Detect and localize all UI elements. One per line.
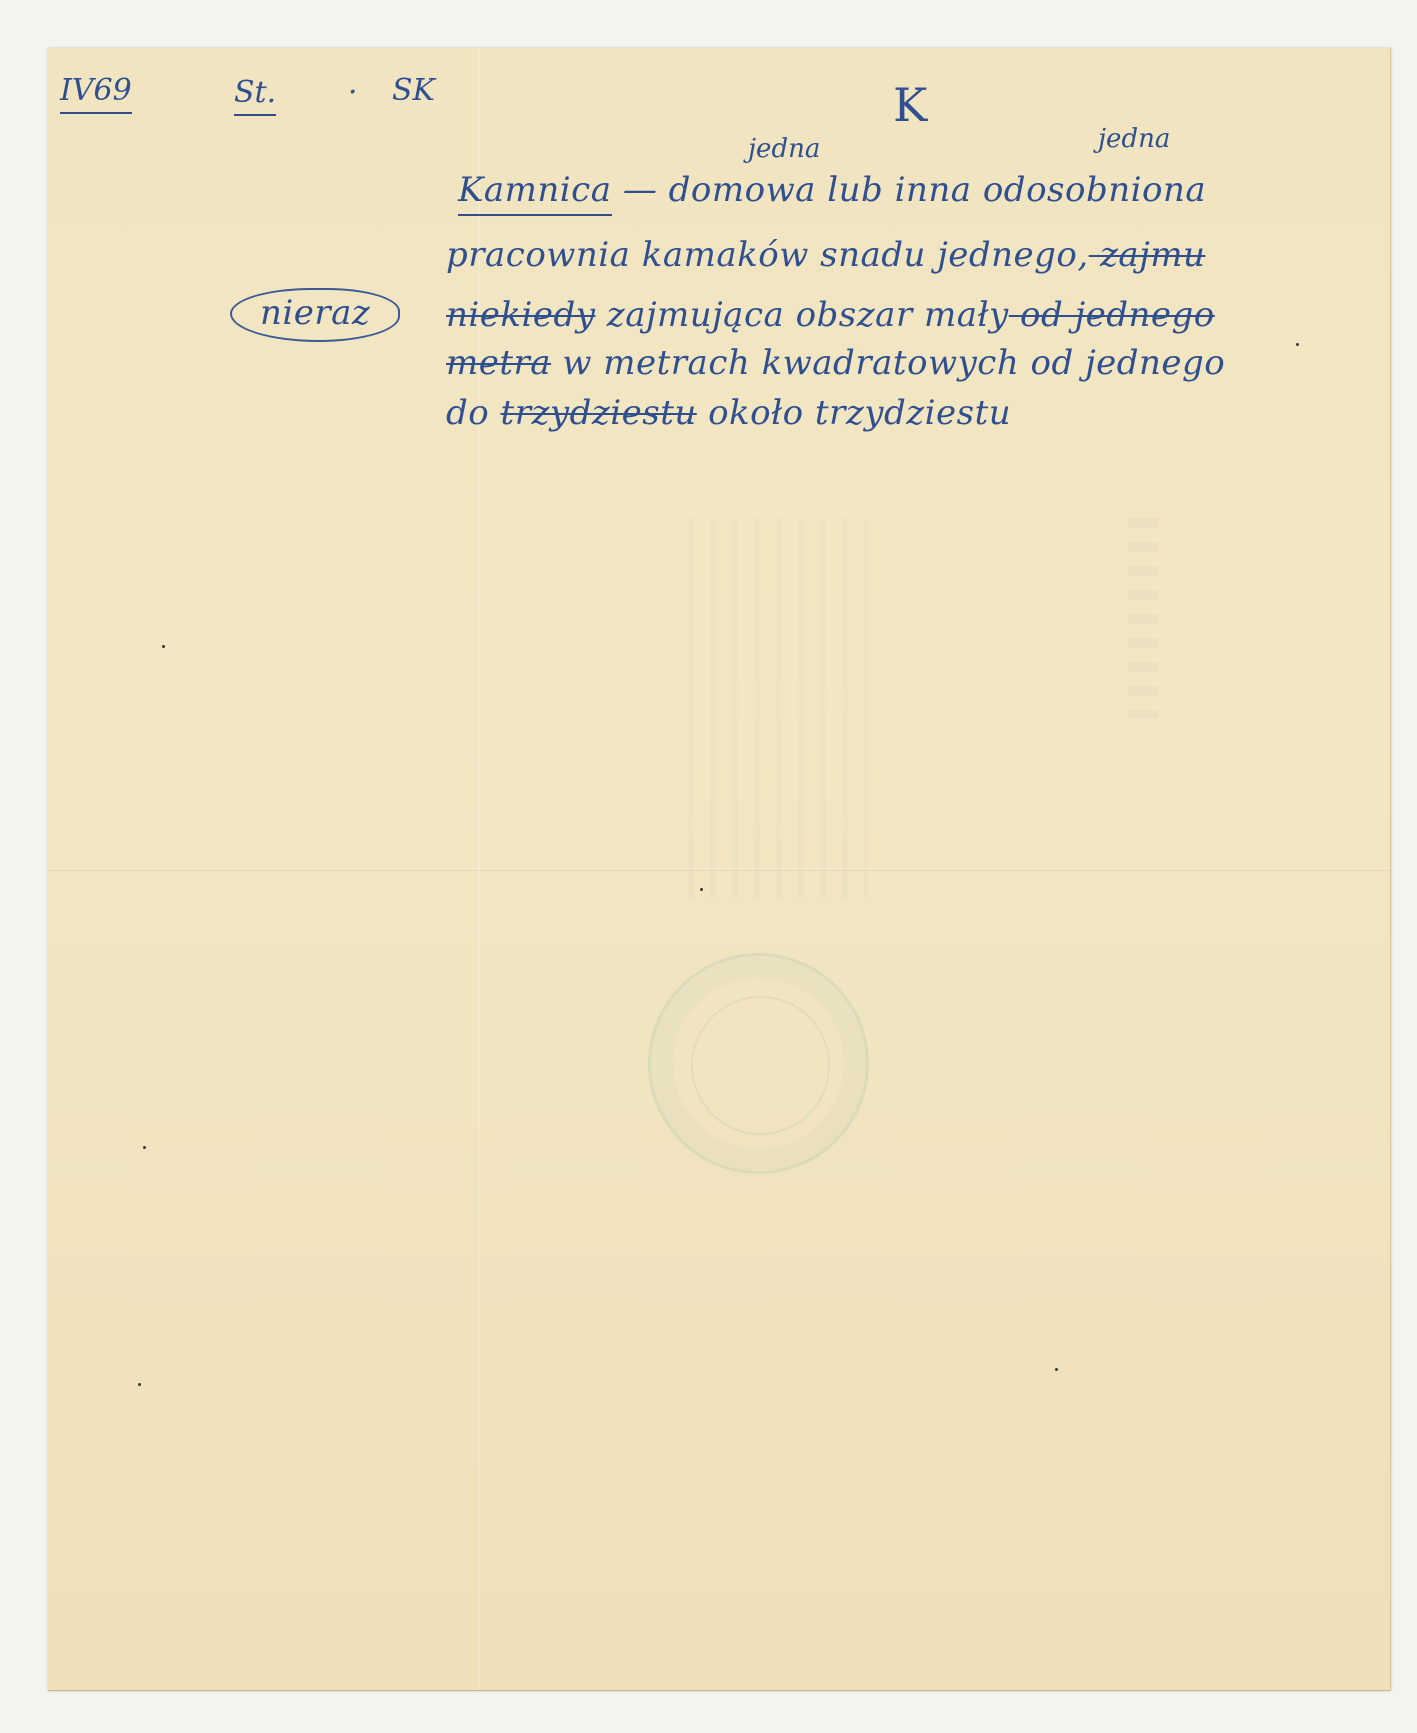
body-line-3: niekiedy zajmująca obszar mały od jedneg… (446, 298, 1215, 332)
margin-note-text: nieraz (260, 293, 370, 333)
line-4-text: w metrach kwadratowych od jednego (551, 343, 1225, 383)
paper-speck (138, 1383, 141, 1386)
paper-speck (143, 1146, 146, 1149)
line-2-text: pracownia kamaków snadu jednego, (446, 235, 1089, 275)
code-st-text: St. (234, 75, 276, 116)
body-line-2: pracownia kamaków snadu jednego, zajmu (446, 238, 1205, 272)
header-separator: · (348, 78, 358, 108)
paper-sheet: IV69 St. · SK K jedna jedna Kamnica — do… (48, 48, 1391, 1691)
insert-jedna-2: jedna (1098, 126, 1170, 152)
line-5-text-a: do (446, 393, 501, 433)
line-3-text: zajmująca obszar mały (595, 295, 1008, 335)
bleed-through-text (688, 518, 868, 898)
line-1-text: domowa lub inna odosobniona (669, 170, 1207, 210)
headword-dash: — (623, 170, 658, 210)
paper-speck (1055, 1368, 1058, 1371)
paper-speck (1296, 343, 1299, 346)
line-2-struck: zajmu (1089, 235, 1206, 275)
faint-stamp-inner-ring (691, 996, 830, 1135)
headword: Kamnica (458, 170, 612, 216)
line-4-struck: metra (446, 343, 551, 383)
code-sk: SK (392, 76, 435, 106)
body-line-5: do trzydziestu około trzydziestu (446, 396, 1011, 430)
body-line-4: metra w metrach kwadratowych od jednego (446, 346, 1225, 380)
line-5-struck: trzydziestu (501, 393, 697, 433)
faint-stamp (648, 953, 869, 1174)
margin-note-circled: nieraz (230, 288, 400, 342)
line-3-struck-b: od jednego (1009, 295, 1215, 335)
section-letter: K (893, 82, 927, 128)
bleed-through-marks (1128, 518, 1158, 718)
paper-speck (162, 645, 165, 648)
line-5-text-b: około trzydziestu (697, 393, 1011, 433)
insert-jedna-1: jedna (748, 136, 820, 162)
code-st: St. (234, 78, 276, 108)
reference-number: IV69 (60, 76, 132, 106)
headword-line: Kamnica — domowa lub inna odosobniona (458, 173, 1206, 207)
paper-speck (700, 888, 703, 891)
reference-number-text: IV69 (60, 73, 132, 114)
line-3-struck-a: niekiedy (446, 295, 595, 335)
